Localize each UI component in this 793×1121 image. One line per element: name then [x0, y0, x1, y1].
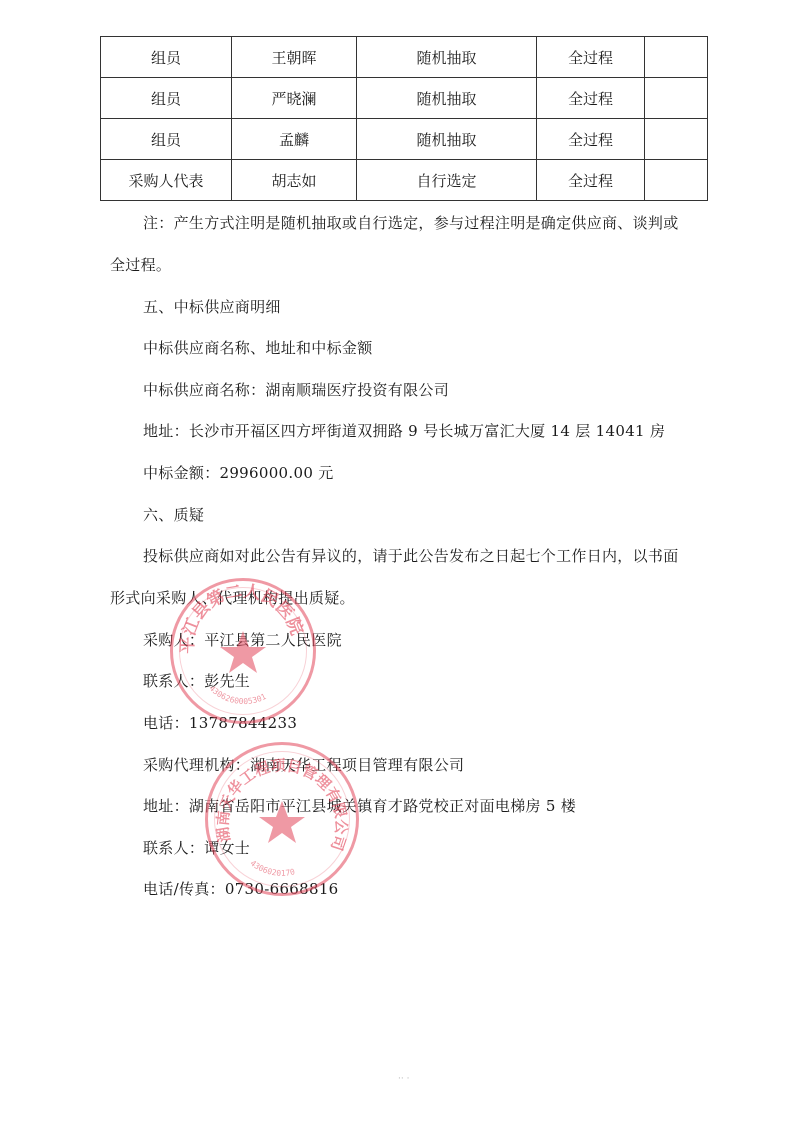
- role-cell: 采购人代表: [101, 160, 232, 201]
- table-row: 组员 王朝晖 随机抽取 全过程: [101, 37, 708, 78]
- method-cell: 随机抽取: [357, 37, 537, 78]
- section5-heading: 五、中标供应商明细: [143, 297, 281, 317]
- svg-text:4306020170: 4306020170: [249, 859, 296, 878]
- scope-cell: 全过程: [537, 37, 645, 78]
- scan-artifact: ·· ·: [398, 1074, 409, 1084]
- award-amount: 中标金额：2996000.00 元: [143, 463, 334, 483]
- name-cell: 胡志如: [232, 160, 357, 201]
- purchaser-name: 采购人：平江县第二人民医院: [143, 630, 342, 650]
- agency-contact: 联系人：谭女士: [143, 838, 250, 858]
- extra-cell: [645, 37, 708, 78]
- agency-name: 采购代理机构：湖南天华工程项目管理有限公司: [143, 755, 464, 775]
- table-row: 组员 孟麟 随机抽取 全过程: [101, 119, 708, 160]
- evaluation-committee-table: 组员 王朝晖 随机抽取 全过程 组员 严晓澜 随机抽取 全过程 组员 孟麟 随机…: [100, 36, 708, 201]
- purchaser-phone: 电话：13787844233: [143, 713, 297, 733]
- challenge-text-cont: 形式向采购人、代理机构提出质疑。: [110, 588, 355, 608]
- section6-heading: 六、质疑: [143, 505, 204, 525]
- scope-cell: 全过程: [537, 119, 645, 160]
- agency-phone-fax: 电话/传真：0730-6668816: [143, 879, 339, 899]
- method-cell: 随机抽取: [357, 78, 537, 119]
- name-cell: 孟麟: [232, 119, 357, 160]
- table-row: 组员 严晓澜 随机抽取 全过程: [101, 78, 708, 119]
- note-text: 注：产生方式注明是随机抽取或自行选定，参与过程注明是确定供应商、谈判或: [143, 213, 679, 233]
- agency-address: 地址：湖南省岳阳市平江县城关镇育才路党校正对面电梯房 5 楼: [143, 796, 576, 816]
- scope-cell: 全过程: [537, 160, 645, 201]
- table-row: 采购人代表 胡志如 自行选定 全过程: [101, 160, 708, 201]
- supplier-name: 中标供应商名称：湖南顺瑞医疗投资有限公司: [143, 380, 449, 400]
- document-page: 组员 王朝晖 随机抽取 全过程 组员 严晓澜 随机抽取 全过程 组员 孟麟 随机…: [0, 0, 793, 1121]
- name-cell: 严晓澜: [232, 78, 357, 119]
- stamp-seal-number: 4306020170: [249, 859, 296, 878]
- section5-subheading: 中标供应商名称、地址和中标金额: [143, 338, 373, 358]
- name-cell: 王朝晖: [232, 37, 357, 78]
- method-cell: 随机抽取: [357, 119, 537, 160]
- extra-cell: [645, 78, 708, 119]
- role-cell: 组员: [101, 78, 232, 119]
- supplier-address: 地址：长沙市开福区四方坪街道双拥路 9 号长城万富汇大厦 14 层 14041 …: [143, 421, 665, 441]
- method-cell: 自行选定: [357, 160, 537, 201]
- purchaser-contact: 联系人：彭先生: [143, 671, 250, 691]
- note-text-cont: 全过程。: [110, 255, 171, 275]
- scope-cell: 全过程: [537, 78, 645, 119]
- extra-cell: [645, 119, 708, 160]
- extra-cell: [645, 160, 708, 201]
- role-cell: 组员: [101, 119, 232, 160]
- challenge-text: 投标供应商如对此公告有异议的，请于此公告发布之日起七个工作日内，以书面: [143, 546, 679, 566]
- role-cell: 组员: [101, 37, 232, 78]
